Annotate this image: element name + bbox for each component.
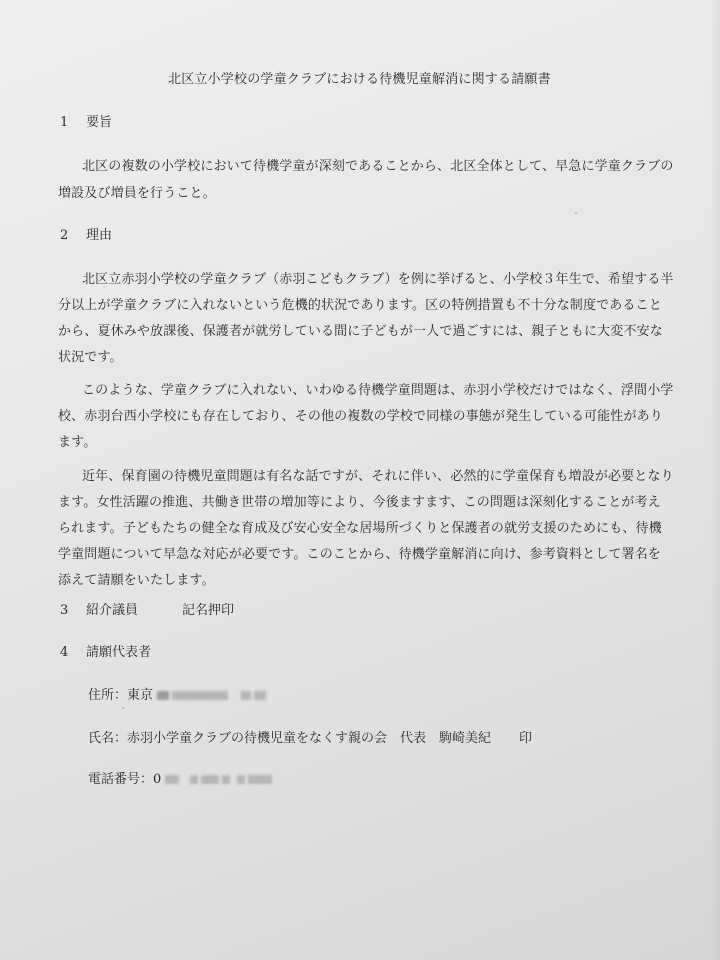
redacted-text — [248, 775, 272, 784]
paper-speck — [122, 707, 124, 709]
summary-line: 北区の複数の小学校において待機学童が深刻であることから、北区全体として、早急に学… — [82, 155, 674, 174]
phone-label: 電話番号： — [88, 772, 153, 787]
section-2-heading: 2理由 — [60, 224, 112, 243]
redacted-text — [157, 691, 169, 700]
reason-p1-line: 北区立赤羽小学校の学童クラブ（赤羽こどもクラブ）を例に挙げると、小学校３年生で、… — [82, 268, 674, 287]
redacted-text — [241, 691, 251, 700]
phone-field: 電話番号：0 — [88, 768, 275, 787]
reason-p3-line: 添えて請願をいたします。 — [58, 569, 215, 588]
section-3-heading: 3紹介議員記名押印 — [60, 599, 234, 618]
address-label: 住所： — [88, 688, 127, 703]
document-title: 北区立小学校の学童クラブにおける待機児童解消に関する請願書 — [168, 68, 551, 87]
redacted-text — [165, 775, 179, 784]
reason-p1-line: から、夏休みや放課後、保護者が就労している間に子どもが一人で過ごすには、親子とも… — [58, 320, 663, 339]
reason-p3-line: 近年、保育園の待機児童問題は有名な話ですが、それに伴い、必然的に学童保育も増設が… — [82, 465, 674, 484]
reason-p1-line: 分以上が学童クラブに入れないという危機的状況であります。区の特例措置も不十分な制… — [58, 294, 662, 313]
paper-speck — [575, 212, 577, 214]
reason-p3-line: られます。子どもたちの健全な育成及び安心安全な居場所づくりと保護者の就労支援のた… — [58, 517, 662, 536]
petition-document: 北区立小学校の学童クラブにおける待機児童解消に関する請願書 1要旨 北区の複数の… — [0, 0, 720, 960]
section-1-heading: 1要旨 — [60, 111, 112, 130]
reason-p2-line: ます。 — [58, 431, 96, 450]
section-title: 理由 — [86, 228, 112, 243]
summary-line: 増設及び増員を行うこと。 — [58, 182, 216, 201]
reason-p2-line: 校、赤羽台西小学校にも存在しており、その他の複数の学校で同様の事態が発生している… — [58, 405, 663, 424]
name-value: 赤羽小学童クラブの待機児童をなくす親の会 代表 駒崎美紀 — [127, 731, 491, 746]
redacted-text — [254, 691, 266, 700]
redacted-text — [222, 775, 230, 784]
address-field: 住所：東京 — [88, 684, 269, 703]
name-field: 氏名：赤羽小学童クラブの待機児童をなくす親の会 代表 駒崎美紀印 — [88, 727, 532, 746]
section-number: 4 — [60, 645, 86, 660]
phone-value: 0 — [153, 772, 161, 787]
paper-edge-shadow — [710, 0, 720, 960]
address-value: 東京 — [127, 688, 153, 703]
reason-p2-line: このような、学童クラブに入れない、いわゆる待機学童問題は、赤羽小学校だけではなく… — [82, 379, 674, 398]
signature-seal-note: 記名押印 — [182, 603, 234, 618]
redacted-text — [190, 775, 198, 784]
redacted-text — [237, 775, 245, 784]
section-number: 2 — [60, 228, 86, 243]
redacted-text — [201, 775, 219, 784]
seal-mark: 印 — [519, 731, 532, 746]
section-number: 1 — [60, 115, 86, 130]
section-number: 3 — [60, 603, 86, 618]
section-title: 請願代表者 — [86, 645, 151, 660]
reason-p3-line: 学童問題について早急な対応が必要です。このことから、待機学童解消に向け、参考資料… — [58, 543, 661, 562]
section-4-heading: 4請願代表者 — [60, 641, 151, 660]
name-label: 氏名： — [88, 731, 127, 746]
reason-p1-line: 状況です。 — [58, 346, 123, 365]
section-title: 要旨 — [86, 115, 112, 130]
reason-p3-line: ます。女性活躍の推進、共働き世帯の増加等により、今後ますます、この問題は深刻化す… — [58, 491, 661, 510]
redacted-text — [172, 691, 228, 700]
section-title: 紹介議員 — [86, 603, 138, 618]
